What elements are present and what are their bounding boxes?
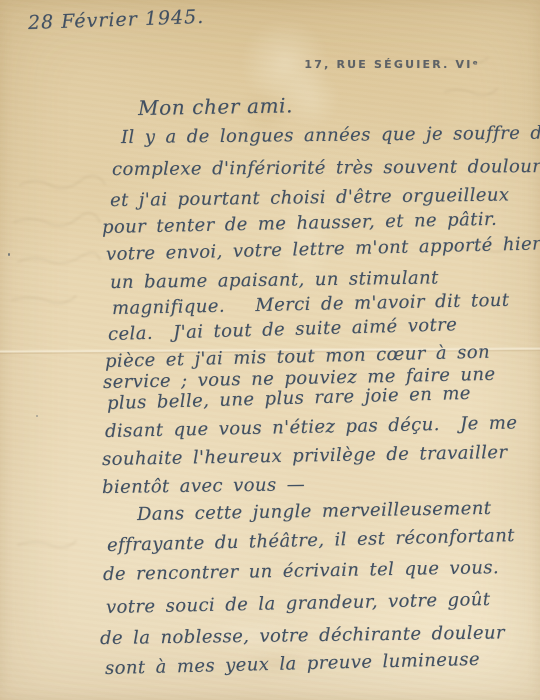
letter-body-line: Dans cette jungle merveilleusement: [137, 500, 492, 524]
letterhead-address: 17, RUE SÉGUIER. VIᵉ: [304, 58, 480, 71]
letter-body-line: bientôt avec vous —: [102, 476, 305, 497]
letter-body-line: un baume apaisant, un stimulant: [110, 269, 439, 292]
letter-body-line: votre souci de la grandeur, votre goût: [106, 591, 491, 617]
letter-body-line: de rencontrer un écrivain tel que vous.: [103, 559, 499, 584]
letter-body-line: de la noblesse, votre déchirante douleur: [100, 624, 505, 648]
letter-body-line: sont à mes yeux la preuve lumineuse: [105, 651, 480, 678]
letter-page: 28 Février 1945. 17, RUE SÉGUIER. VIᵉ Mo…: [0, 0, 540, 700]
letter-body-line: souhaite l'heureux privilège de travaill…: [102, 444, 508, 469]
letter-body-line: complexe d'infériorité très souvent doul…: [112, 158, 540, 179]
letter-body-line: Il y a de longues années que je souffre …: [121, 124, 540, 147]
letter-body-line: pour tenter de me hausser, et ne pâtir.: [102, 211, 497, 237]
letter-body-line: effrayante du théâtre, il est réconforta…: [107, 527, 515, 555]
letter-date: 28 Février 1945.: [28, 6, 205, 34]
ink-speck: [8, 253, 10, 256]
letter-body-line: et j'ai pourtant choisi d'être orgueille…: [110, 186, 510, 210]
ink-speck: [36, 415, 38, 417]
letter-body-line: disant que vous n'étiez pas déçu. Je me: [105, 414, 518, 441]
letter-salutation: Mon cher ami.: [138, 93, 293, 120]
letter-body-line: cela. J'ai tout de suite aimé votre: [108, 316, 458, 344]
